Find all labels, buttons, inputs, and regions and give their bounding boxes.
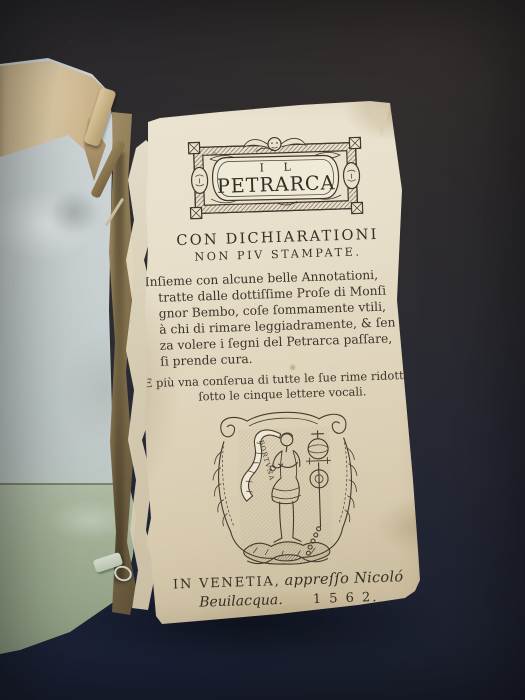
leather-tie-end bbox=[90, 139, 126, 199]
declaration-line-1: CON DICHIARATIONI bbox=[139, 225, 415, 251]
imprint-printer-name: appreſſo Nicoló bbox=[284, 569, 403, 589]
annotation-line: gnor Bembo, coſe ſommamente vtili, bbox=[146, 298, 410, 322]
imprint: IN VENETIA, appreſſo Nicoló Beuilacqua. … bbox=[150, 569, 427, 613]
half-title: I L bbox=[251, 161, 299, 174]
note-line: E più vna conſerua di tutte le ſue rime … bbox=[144, 368, 420, 391]
ribbon-tie bbox=[93, 552, 124, 573]
note-line: ſotto le cinque lettere vocali. bbox=[144, 382, 420, 405]
page-corner-fold bbox=[118, 88, 430, 148]
dust-specks bbox=[0, 0, 1, 1]
imprint-place: IN VENETIA, bbox=[173, 574, 281, 592]
conserva-note: E più vna conſerua di tutte le ſue rime … bbox=[144, 368, 421, 406]
annotation-line: ſi prende cura. bbox=[147, 346, 411, 370]
title-cartouche: I L PETRARCA bbox=[185, 130, 366, 224]
book-shadow bbox=[55, 585, 445, 665]
cartouche-text: I L PETRARCA bbox=[212, 154, 339, 202]
declaration-line-2: NON PIV STAMPATE. bbox=[140, 244, 416, 266]
vellum-cover bbox=[0, 55, 150, 660]
printer-device: FORTVNA bbox=[207, 404, 364, 575]
vellum-top-flap bbox=[0, 61, 112, 211]
cartouche-frame-illustration bbox=[185, 130, 366, 224]
title-page-content: I L PETRARCA CON DICHIARATIONI NON PIV S… bbox=[136, 124, 427, 612]
annotation-line: Inſieme con alcune belle Annotationi, bbox=[145, 266, 409, 290]
torn-paper-edge bbox=[126, 140, 156, 610]
book-title: PETRARCA bbox=[216, 172, 335, 197]
device-banner-text: FORTVNA bbox=[257, 439, 276, 482]
imprint-year: 1 5 6 2. bbox=[313, 590, 379, 607]
annotation-line: tratte dalle dottiſſime Proſe di Monſi bbox=[145, 282, 409, 306]
photo-background: I L PETRARCA CON DICHIARATIONI NON PIV S… bbox=[0, 0, 525, 700]
tie-thread bbox=[105, 198, 125, 227]
vellum-turn-in-band bbox=[0, 483, 150, 662]
imprint-line-1: IN VENETIA, appreſſo Nicoló bbox=[150, 569, 426, 594]
annotation-paragraph: Inſieme con alcune belle Annotationi, tr… bbox=[145, 266, 412, 370]
annotation-line: à chi di rimare leggiadramente, & ſen bbox=[146, 314, 410, 338]
imprint-line-2: Beuilacqua. 1 5 6 2. bbox=[151, 587, 427, 612]
spine-remnant bbox=[104, 112, 156, 617]
annotation-line: za volere i ſegni del Petrarca paſſare, bbox=[147, 330, 411, 354]
printer-device-illustration: FORTVNA bbox=[207, 404, 364, 571]
leather-tie bbox=[83, 87, 116, 147]
vellum-stain bbox=[48, 190, 100, 236]
imprint-printer-surname: Beuilacqua. bbox=[199, 592, 283, 611]
ribbon-tie-loop bbox=[112, 563, 134, 584]
vellum-flap-corner bbox=[84, 117, 110, 183]
title-page: I L PETRARCA CON DICHIARATIONI NON PIV S… bbox=[118, 88, 430, 636]
